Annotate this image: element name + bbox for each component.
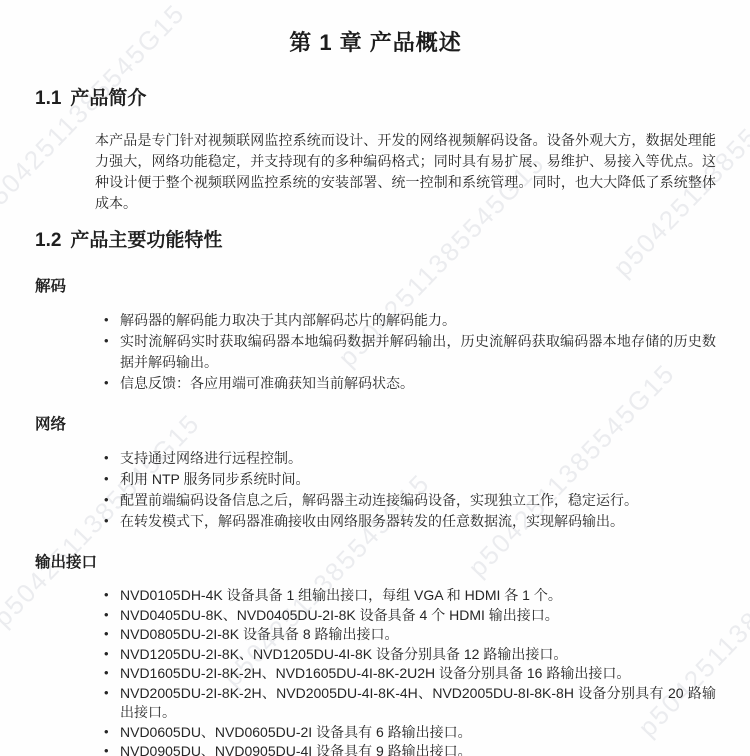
bullet-marker: •: [104, 624, 109, 644]
bullet-marker: •: [104, 372, 109, 393]
bullet-text: NVD2005DU-2I-8K-2H、NVD2005DU-4I-8K-4H、NV…: [120, 685, 716, 721]
bullet-marker: •: [104, 644, 109, 664]
bullet-marker: •: [104, 663, 109, 683]
bullet-item: •NVD1205DU-2I-8K、NVD1205DU-4I-8K 设备分别具备 …: [104, 645, 716, 665]
bullet-item: •NVD2005DU-2I-8K-2H、NVD2005DU-4I-8K-4H、N…: [104, 684, 716, 723]
bullet-marker: •: [104, 309, 109, 330]
bullet-item: •信息反馈：各应用端可准确获知当前解码状态。: [104, 373, 716, 394]
bullet-marker: •: [104, 741, 109, 756]
bullet-marker: •: [104, 722, 109, 742]
bullet-item: •NVD0405DU-8K、NVD0405DU-2I-8K 设备具备 4 个 H…: [104, 606, 716, 626]
bullet-item: •NVD0605DU、NVD0605DU-2I 设备具有 6 路输出接口。: [104, 723, 716, 743]
bullet-text: NVD0105DH-4K 设备具备 1 组输出接口，每组 VGA 和 HDMI …: [120, 587, 562, 603]
bullet-text: 配置前端编码设备信息之后，解码器主动连接编码设备，实现独立工作，稳定运行。: [120, 492, 638, 508]
bullet-marker: •: [104, 330, 109, 351]
bullet-marker: •: [104, 683, 109, 703]
bullet-item: •NVD0105DH-4K 设备具备 1 组输出接口，每组 VGA 和 HDMI…: [104, 586, 716, 606]
bullet-text: 利用 NTP 服务同步系统时间。: [120, 471, 310, 487]
subsection-network-heading: 网络: [35, 414, 716, 435]
bullet-text: NVD1605DU-2I-8K-2H、NVD1605DU-4I-8K-2U2H …: [120, 665, 630, 681]
bullet-text: NVD0405DU-8K、NVD0405DU-2I-8K 设备具备 4 个 HD…: [120, 607, 559, 623]
section-number: 1.2: [35, 230, 61, 251]
output-interface-bullet-list: •NVD0105DH-4K 设备具备 1 组输出接口，每组 VGA 和 HDMI…: [104, 586, 716, 756]
section-title: 产品简介: [70, 88, 146, 109]
bullet-marker: •: [104, 489, 109, 510]
bullet-marker: •: [104, 468, 109, 489]
bullet-text: 支持通过网络进行远程控制。: [120, 450, 302, 466]
decode-bullet-list: •解码器的解码能力取决于其内部解码芯片的解码能力。 •实时流解码实时获取编码器本…: [104, 310, 716, 394]
bullet-item: •NVD0805DU-2I-8K 设备具备 8 路输出接口。: [104, 625, 716, 645]
section-number: 1.1: [35, 88, 61, 109]
bullet-text: NVD0805DU-2I-8K 设备具备 8 路输出接口。: [120, 626, 399, 642]
section-1-2-heading: 1.2产品主要功能特性: [35, 228, 716, 254]
bullet-marker: •: [104, 585, 109, 605]
bullet-item: •NVD0905DU、NVD0905DU-4I 设备具有 9 路输出接口。: [104, 742, 716, 756]
bullet-text: NVD0605DU、NVD0605DU-2I 设备具有 6 路输出接口。: [120, 724, 472, 740]
bullet-text: 信息反馈：各应用端可准确获知当前解码状态。: [120, 375, 414, 391]
bullet-text: NVD0905DU、NVD0905DU-4I 设备具有 9 路输出接口。: [120, 743, 472, 756]
section-title: 产品主要功能特性: [70, 230, 222, 251]
chapter-title: 第 1 章 产品概述: [35, 28, 716, 58]
bullet-item: •NVD1605DU-2I-8K-2H、NVD1605DU-4I-8K-2U2H…: [104, 664, 716, 684]
subsection-output-interface-heading: 输出接口: [35, 552, 716, 573]
bullet-item: •配置前端编码设备信息之后，解码器主动连接编码设备，实现独立工作，稳定运行。: [104, 490, 716, 511]
network-bullet-list: •支持通过网络进行远程控制。 •利用 NTP 服务同步系统时间。 •配置前端编码…: [104, 448, 716, 532]
section-1-1-heading: 1.1产品简介: [35, 86, 716, 112]
bullet-marker: •: [104, 447, 109, 468]
bullet-marker: •: [104, 510, 109, 531]
bullet-item: •解码器的解码能力取决于其内部解码芯片的解码能力。: [104, 310, 716, 331]
bullet-item: •支持通过网络进行远程控制。: [104, 448, 716, 469]
bullet-item: •利用 NTP 服务同步系统时间。: [104, 469, 716, 490]
bullet-text: 解码器的解码能力取决于其内部解码芯片的解码能力。: [120, 312, 456, 328]
bullet-item: •在转发模式下，解码器准确接收由网络服务器转发的任意数据流，实现解码输出。: [104, 511, 716, 532]
intro-paragraph: 本产品是专门针对视频联网监控系统而设计、开发的网络视频解码设备。设备外观大方，数…: [95, 130, 716, 214]
bullet-text: 实时流解码实时获取编码器本地编码数据并解码输出，历史流解码获取编码器本地存储的历…: [120, 333, 716, 370]
bullet-item: •实时流解码实时获取编码器本地编码数据并解码输出，历史流解码获取编码器本地存储的…: [104, 331, 716, 373]
bullet-text: 在转发模式下，解码器准确接收由网络服务器转发的任意数据流，实现解码输出。: [120, 513, 624, 529]
bullet-marker: •: [104, 605, 109, 625]
document-page: p5042511385545G15 p5042511385545G15 p504…: [0, 0, 750, 756]
subsection-decode-heading: 解码: [35, 276, 716, 297]
bullet-text: NVD1205DU-2I-8K、NVD1205DU-4I-8K 设备分别具备 1…: [120, 646, 567, 662]
